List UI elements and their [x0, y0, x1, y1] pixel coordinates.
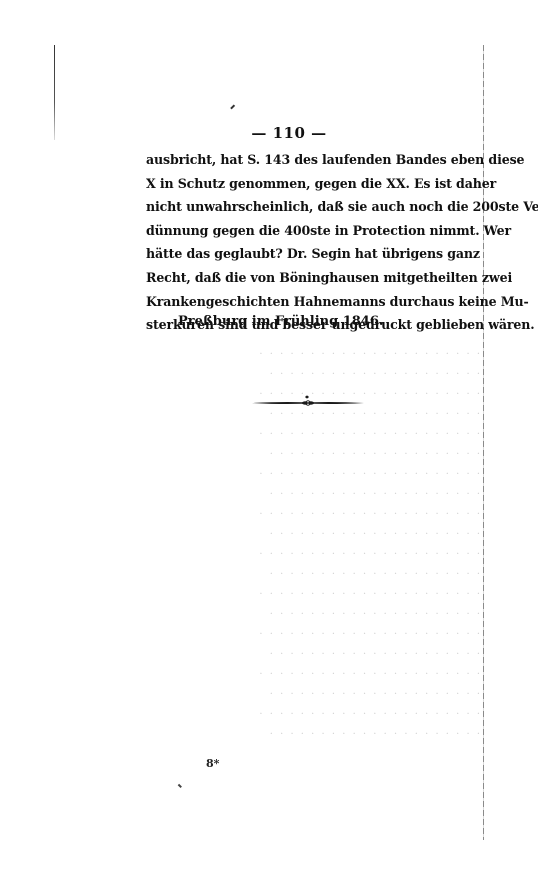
text-line: dünnung gegen die 400ste in Protection n… — [146, 219, 476, 243]
bleed-through-line: · · · · · · · · · · · · · · · · · · · · … — [150, 505, 480, 525]
scanned-page: — 110 — · · · · · · · · · · · · · · · · … — [0, 0, 538, 892]
bleed-through-line: · · · · · · · · · · · · · · · · · · · · … — [150, 425, 480, 445]
bleed-through-line: · · · · · · · · · · · · · · · · · · · · … — [150, 445, 480, 465]
bleed-through-line: · · · · · · · · · · · · · · · · · · · · … — [150, 705, 480, 725]
bleed-through-line: · · · · · · · · · · · · · · · · · · · · … — [150, 665, 480, 685]
bleed-through-line: · · · · · · · · · · · · · · · · · · · · … — [150, 605, 480, 625]
printer-signature-mark: 8* — [206, 757, 219, 770]
stray-ink-mark — [230, 104, 235, 109]
bleed-through-line: · · · · · · · · · · · · · · · · · · · · … — [150, 365, 480, 385]
text-line: hätte das geglaubt? Dr. Segin hat übrige… — [146, 242, 476, 266]
bleed-through-line: · · · · · · · · · · · · · · · · · · · · … — [150, 685, 480, 705]
text-line: X in Schutz genommen, gegen die XX. Es i… — [146, 172, 476, 196]
stray-ink-mark — [178, 784, 182, 788]
ornament-divider-icon — [250, 394, 366, 408]
bleed-through-line: · · · · · · · · · · · · · · · · · · · · … — [150, 625, 480, 645]
bleed-through-line: · · · · · · · · · · · · · · · · · · · · … — [150, 345, 480, 365]
bleed-through-line: · · · · · · · · · · · · · · · · · · · · … — [150, 565, 480, 585]
bleed-through-line: · · · · · · · · · · · · · · · · · · · · … — [150, 405, 480, 425]
text-line: nicht unwahrscheinlich, daß sie auch noc… — [146, 195, 476, 219]
bleed-through-line: · · · · · · · · · · · · · · · · · · · · … — [150, 465, 480, 485]
text-line: Recht, daß die von Böninghausen mitgethe… — [146, 266, 476, 290]
text-line: ausbricht, hat S. 143 des laufenden Band… — [146, 148, 476, 172]
bleed-through-line: · · · · · · · · · · · · · · · · · · · · … — [150, 645, 480, 665]
bleed-through-line: · · · · · · · · · · · · · · · · · · · · … — [150, 725, 480, 745]
text-line: Krankengeschichten Hahnemanns durchaus k… — [146, 290, 476, 314]
bleed-through-line: · · · · · · · · · · · · · · · · · · · · … — [150, 525, 480, 545]
page-number: — 110 — — [0, 124, 538, 142]
bleed-through-line: · · · · · · · · · · · · · · · · · · · · … — [150, 485, 480, 505]
bleed-through-line: · · · · · · · · · · · · · · · · · · · · … — [150, 545, 480, 565]
dateline: Preßburg im Frühling 1846. — [178, 314, 383, 329]
bleed-through-line: · · · · · · · · · · · · · · · · · · · · … — [150, 585, 480, 605]
body-text: ausbricht, hat S. 143 des laufenden Band… — [146, 148, 476, 337]
